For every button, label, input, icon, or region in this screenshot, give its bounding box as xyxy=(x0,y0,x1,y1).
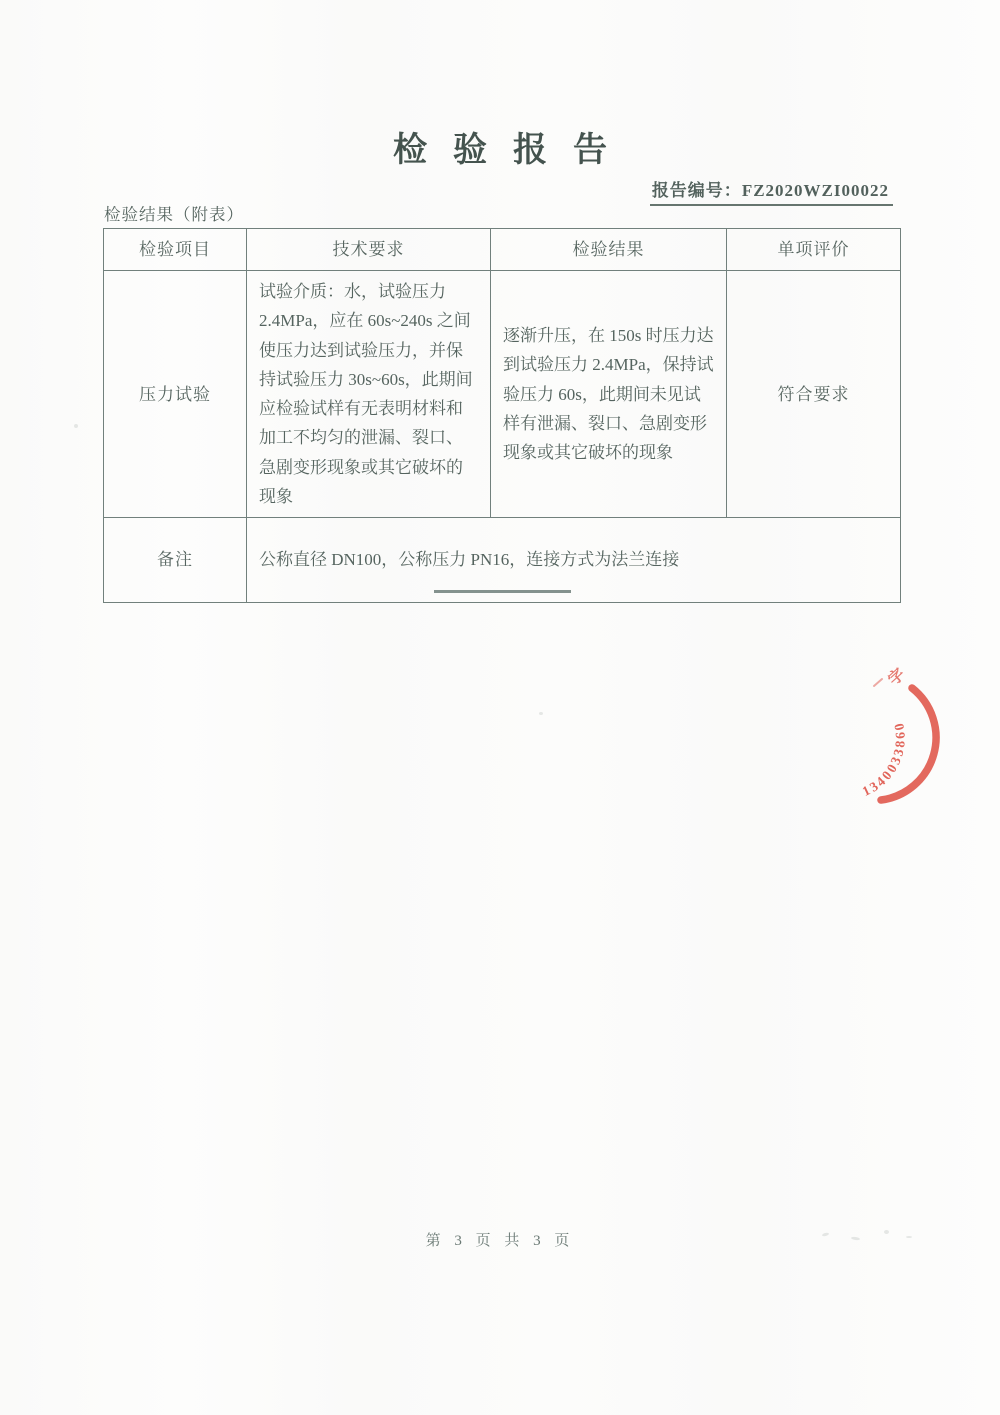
scan-artifact xyxy=(884,1230,889,1234)
results-table: 检验项目 技术要求 检验结果 单项评价 压力试验 试验介质：水，试验压力 2.4… xyxy=(103,228,901,603)
cell-remark-text: 公称直径 DN100，公称压力 PN16，连接方式为法兰连接 xyxy=(247,518,901,603)
column-header-result: 检验结果 xyxy=(491,229,727,271)
scan-artifact xyxy=(74,424,78,428)
scan-artifact xyxy=(906,1236,912,1238)
report-number: 报告编号：FZ2020WZI00022 xyxy=(650,176,893,206)
column-header-item: 检验项目 xyxy=(104,229,247,271)
report-number-value: FZ2020WZI00022 xyxy=(742,181,889,200)
table-row-pressure-test: 压力试验 试验介质：水，试验压力 2.4MPa，应在 60s~240s 之间使压… xyxy=(104,271,901,518)
scan-artifact xyxy=(539,712,543,715)
stamp-character: 字 xyxy=(884,664,909,689)
table-caption: 检验结果（附表） xyxy=(104,201,244,225)
report-number-label: 报告编号： xyxy=(652,181,742,200)
stamp-seal: 1340033860 字 xyxy=(778,636,948,816)
page-title: 检验报告 xyxy=(0,122,1000,171)
stamp-digits: 1340033860 xyxy=(860,720,908,799)
cell-remark-label: 备注 xyxy=(104,518,247,603)
report-page: 检验报告 报告编号：FZ2020WZI00022 检验结果（附表） 检验项目 技… xyxy=(0,0,1000,1415)
column-header-requirement: 技术要求 xyxy=(247,229,491,271)
cell-test-item: 压力试验 xyxy=(104,271,247,518)
cell-inspection-result: 逐渐升压，在 150s 时压力达到试验压力 2.4MPa，保持试验压力 60s，… xyxy=(491,271,727,518)
cell-evaluation: 符合要求 xyxy=(727,271,901,518)
report-end-divider xyxy=(434,590,571,593)
column-header-evaluation: 单项评价 xyxy=(727,229,901,271)
page-footer: 第 3 页 共 3 页 xyxy=(0,1229,1000,1250)
cell-technical-requirement: 试验介质：水，试验压力 2.4MPa，应在 60s~240s 之间使压力达到试验… xyxy=(247,271,491,518)
stamp-tick xyxy=(874,679,882,686)
table-header-row: 检验项目 技术要求 检验结果 单项评价 xyxy=(104,229,901,271)
